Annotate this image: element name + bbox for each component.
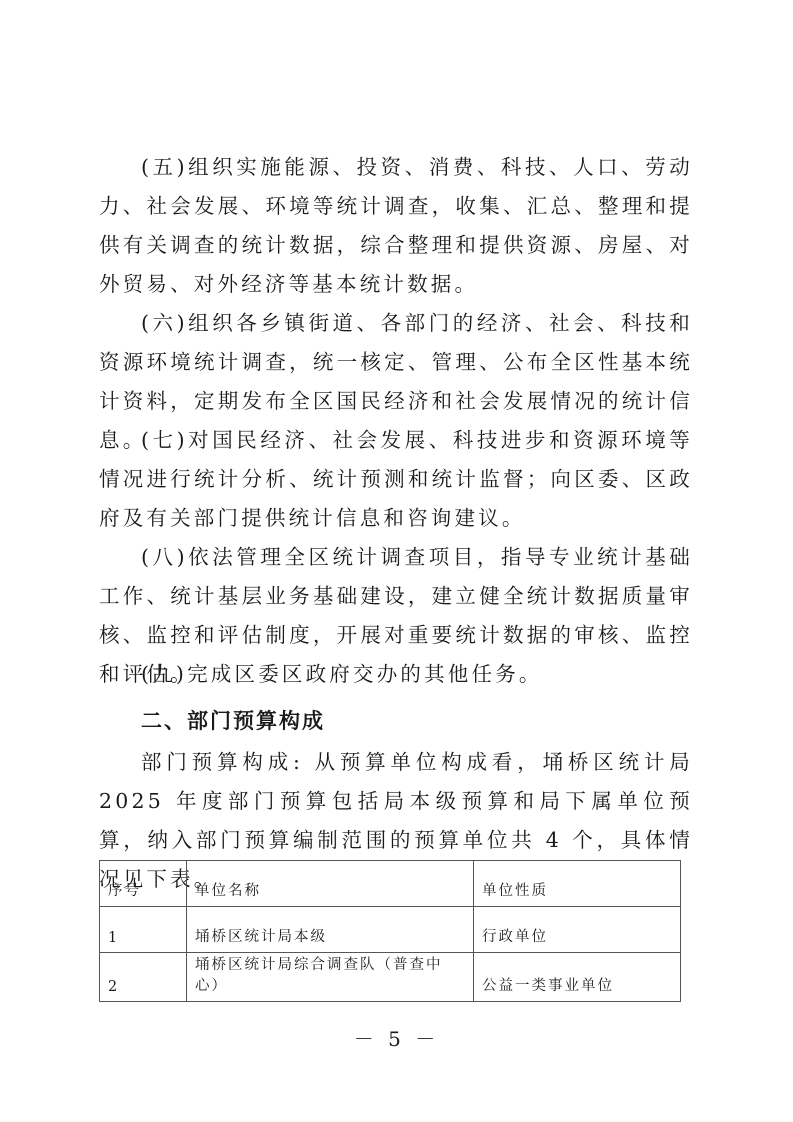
budget-units-table: 序号 单位名称 单位性质 1 埇桥区统计局本级 行政单位 2 埇桥区统计局综合调… — [99, 860, 681, 1002]
cell-index: 2 — [100, 953, 187, 1002]
cell-unit-type: 公益一类事业单位 — [474, 953, 681, 1002]
header-unit-name: 单位名称 — [187, 861, 474, 907]
table-row: 2 埇桥区统计局综合调查队（普查中心） 公益一类事业单位 — [100, 953, 681, 1002]
header-index: 序号 — [100, 861, 187, 907]
table-row: 1 埇桥区统计局本级 行政单位 — [100, 907, 681, 953]
cell-unit-type: 行政单位 — [474, 907, 681, 953]
section-heading: 二、部门预算构成 — [141, 705, 325, 735]
paragraph-item-5: (五)组织实施能源、投资、消费、科技、人口、劳动力、社会发展、环境等统计调查，收… — [99, 148, 693, 304]
header-unit-type: 单位性质 — [474, 861, 681, 907]
cell-unit-name: 埇桥区统计局综合调查队（普查中心） — [187, 953, 474, 1002]
table-header-row: 序号 单位名称 单位性质 — [100, 861, 681, 907]
page-number: － 5 － — [0, 1023, 793, 1052]
paragraph-item-9: (九)完成区委区政府交办的其他任务。 — [99, 655, 693, 694]
cell-unit-name: 埇桥区统计局本级 — [187, 907, 474, 953]
paragraph-item-7: (七)对国民经济、社会发展、科技进步和资源环境等情况进行统计分析、统计预测和统计… — [99, 421, 693, 538]
cell-index: 1 — [100, 907, 187, 953]
